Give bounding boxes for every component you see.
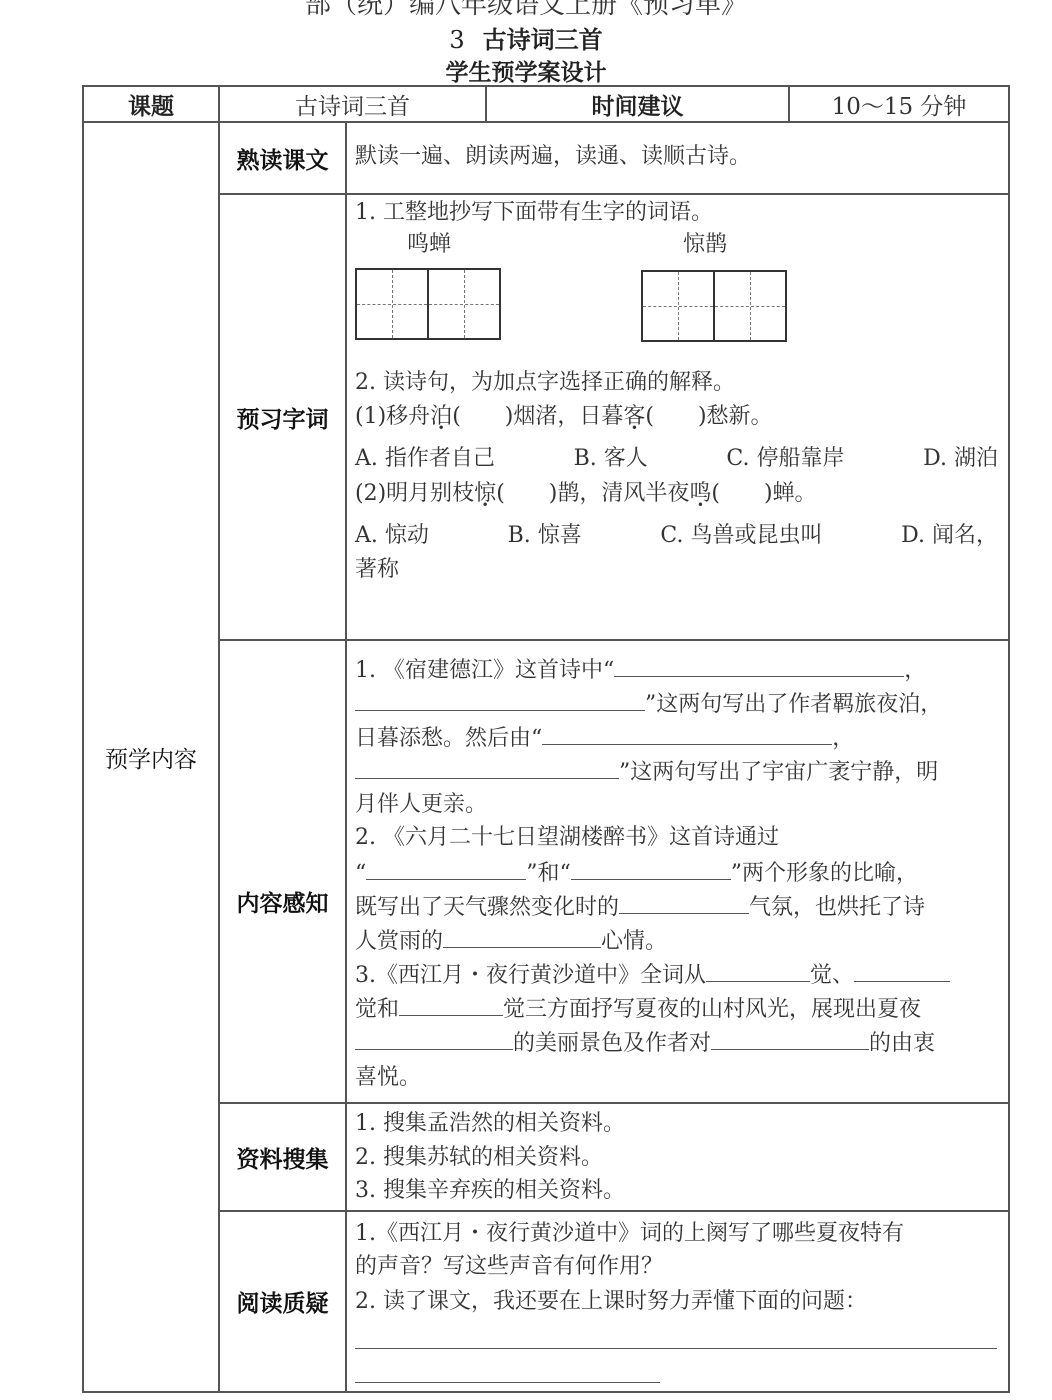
fill-blank[interactable] (366, 855, 526, 880)
fill-blank[interactable] (619, 889, 749, 914)
topic-label: 课题 (84, 87, 218, 121)
book-title: 部（统）编八年级语文上册《预习单》 (0, 0, 1052, 21)
writing-box[interactable] (713, 272, 785, 340)
section-label-preview: 预学内容 (84, 123, 218, 1391)
options-2-wrap: 著称 (355, 553, 399, 587)
content-line: 喜悦。 (355, 1061, 421, 1095)
worksheet-subtitle: 学生预学案设计 (0, 54, 1052, 87)
option: C. 停船靠岸 (726, 442, 844, 476)
row-label-vocab: 预习字词 (220, 195, 345, 639)
fill-blank[interactable] (355, 686, 645, 711)
content-line: ”这两句写出了宇宙广袤宁静，明 (355, 754, 938, 790)
content-line: 1. 《宿建德江》这首诗中“， (355, 652, 926, 688)
materials-item: 3. 搜集辛弃疾的相关资料。 (355, 1174, 625, 1208)
option: B. 客人 (574, 442, 648, 476)
text: 觉三方面抒写夏夜的山村风光，展现出夏夜 (503, 997, 921, 1022)
question-1a: 1.《西江月・夜行黄沙道中》词的上阕写了哪些夏夜特有 (355, 1217, 904, 1251)
text: 3.《西江月・夜行黄沙道中》全词从 (355, 963, 706, 988)
text: 日暮添愁。然后由“ (355, 726, 542, 751)
dotted-char: 惊 (474, 481, 496, 506)
table-border-bottom (82, 1391, 1009, 1393)
materials-item: 1. 搜集孟浩然的相关资料。 (355, 1107, 625, 1141)
fill-blank[interactable] (399, 991, 503, 1016)
option: C. 鸟兽或昆虫叫 (660, 519, 822, 553)
vocab-word-1: 鸣蝉 (407, 228, 451, 262)
text: 气氛，也烘托了诗 (749, 895, 925, 920)
option: B. 惊喜 (508, 519, 582, 553)
writing-grid-2[interactable] (641, 270, 787, 342)
text: 觉、 (810, 963, 854, 988)
writing-grid-1[interactable] (355, 268, 501, 340)
sentence-text: ( )鹊，清风半夜 (496, 481, 689, 506)
sentence-text: ( )蝉。 (711, 481, 816, 506)
sentence-text: (1)移舟 (355, 404, 430, 429)
dotted-char: 鸣 (689, 481, 711, 506)
topic-value: 古诗词三首 (220, 87, 485, 121)
content-line: 的美丽景色及作者对的由衷 (355, 1025, 935, 1061)
row-label-reading: 熟读课文 (220, 123, 345, 193)
text: ， (904, 658, 926, 683)
vocab-q2: 2. 读诗句，为加点字选择正确的解释。 (355, 366, 735, 400)
option: D. 湖泊 (923, 442, 998, 476)
question-2: 2. 读了课文，我还要在上课时努力弄懂下面的问题： (355, 1285, 867, 1319)
text: 的由衷 (869, 1031, 935, 1056)
writing-box[interactable] (427, 270, 499, 338)
content-line: 2. 《六月二十七日望湖楼醉书》这首诗通过 (355, 821, 779, 855)
text: 的美丽景色及作者对 (513, 1031, 711, 1056)
text: 觉和 (355, 997, 399, 1022)
text: ”和“ (526, 861, 571, 886)
time-value: 10～15 分钟 (790, 87, 1008, 121)
dotted-char: 泊 (430, 404, 452, 429)
vocab-word-2: 惊鹊 (683, 228, 727, 262)
content-line: 既写出了天气骤然变化时的气氛，也烘托了诗 (355, 889, 925, 925)
options-1: A. 指作者自己 B. 客人 C. 停船靠岸 D. 湖泊 (355, 442, 998, 476)
sentence-2: (2)明月别枝惊( )鹊，清风半夜鸣( )蝉。 (355, 477, 817, 511)
sentence-text: ( )愁新。 (645, 404, 772, 429)
text: 既写出了天气骤然变化时的 (355, 895, 619, 920)
fill-blank[interactable] (614, 652, 904, 677)
text: 1. 《宿建德江》这首诗中“ (355, 658, 614, 683)
vocab-q1: 1. 工整地抄写下面带有生字的词语。 (355, 196, 713, 230)
content-line: 日暮添愁。然后由“， (355, 720, 854, 756)
text: 心情。 (601, 929, 667, 954)
fill-blank[interactable] (355, 754, 619, 779)
sentence-1: (1)移舟泊( )烟渚，日暮客( )愁新。 (355, 400, 773, 434)
content-line: “”和“”两个形象的比喻， (355, 855, 918, 891)
option: A. 惊动 (355, 519, 429, 553)
row-label-questions: 阅读质疑 (220, 1212, 345, 1391)
dotted-char: 客 (623, 404, 645, 429)
fill-blank[interactable] (706, 957, 810, 982)
fill-blank[interactable] (443, 923, 601, 948)
row-label-content: 内容感知 (220, 641, 345, 1102)
content-line: 觉和觉三方面抒写夏夜的山村风光，展现出夏夜 (355, 991, 921, 1027)
content-line: 月伴人更亲。 (355, 788, 487, 822)
option: A. 指作者自己 (355, 442, 495, 476)
fill-blank[interactable] (711, 1025, 869, 1050)
table-border-right (1008, 85, 1010, 1393)
answer-line[interactable] (355, 1348, 997, 1349)
lesson-title-text: 古诗词三首 (483, 26, 603, 54)
sentence-text: ( )烟渚，日暮 (452, 404, 623, 429)
question-1b: 的声音？写这些声音有何作用？ (355, 1250, 663, 1284)
text: ”这两句写出了宇宙广袤宁静，明 (619, 760, 938, 785)
lesson-number: 3 (449, 26, 464, 54)
lesson-title: 3古诗词三首 (0, 20, 1052, 55)
writing-box[interactable] (643, 272, 713, 340)
content-line: ”这两句写出了作者羁旅夜泊， (355, 686, 942, 722)
text: ， (832, 726, 854, 751)
fill-blank[interactable] (854, 957, 950, 982)
text: ”这两句写出了作者羁旅夜泊， (645, 692, 942, 717)
time-label: 时间建议 (487, 87, 788, 121)
row-label-materials: 资料搜集 (220, 1104, 345, 1210)
writing-box[interactable] (357, 270, 427, 338)
text: 人赏雨的 (355, 929, 443, 954)
options-2: A. 惊动 B. 惊喜 C. 鸟兽或昆虫叫 D. 闻名， (355, 519, 998, 553)
content-line: 人赏雨的心情。 (355, 923, 667, 959)
reading-instruction: 默读一遍、朗读两遍，读通、读顺古诗。 (355, 140, 751, 174)
materials-item: 2. 搜集苏轼的相关资料。 (355, 1141, 603, 1175)
text: ”两个形象的比喻， (731, 861, 918, 886)
fill-blank[interactable] (355, 1025, 513, 1050)
fill-blank[interactable] (542, 720, 832, 745)
column-divider (345, 122, 347, 1393)
option: D. 闻名， (901, 519, 998, 553)
fill-blank[interactable] (571, 855, 731, 880)
content-line: 3.《西江月・夜行黄沙道中》全词从觉、 (355, 957, 950, 993)
text: “ (355, 861, 366, 886)
sentence-text: (2)明月别枝 (355, 481, 474, 506)
answer-line[interactable] (355, 1382, 660, 1383)
